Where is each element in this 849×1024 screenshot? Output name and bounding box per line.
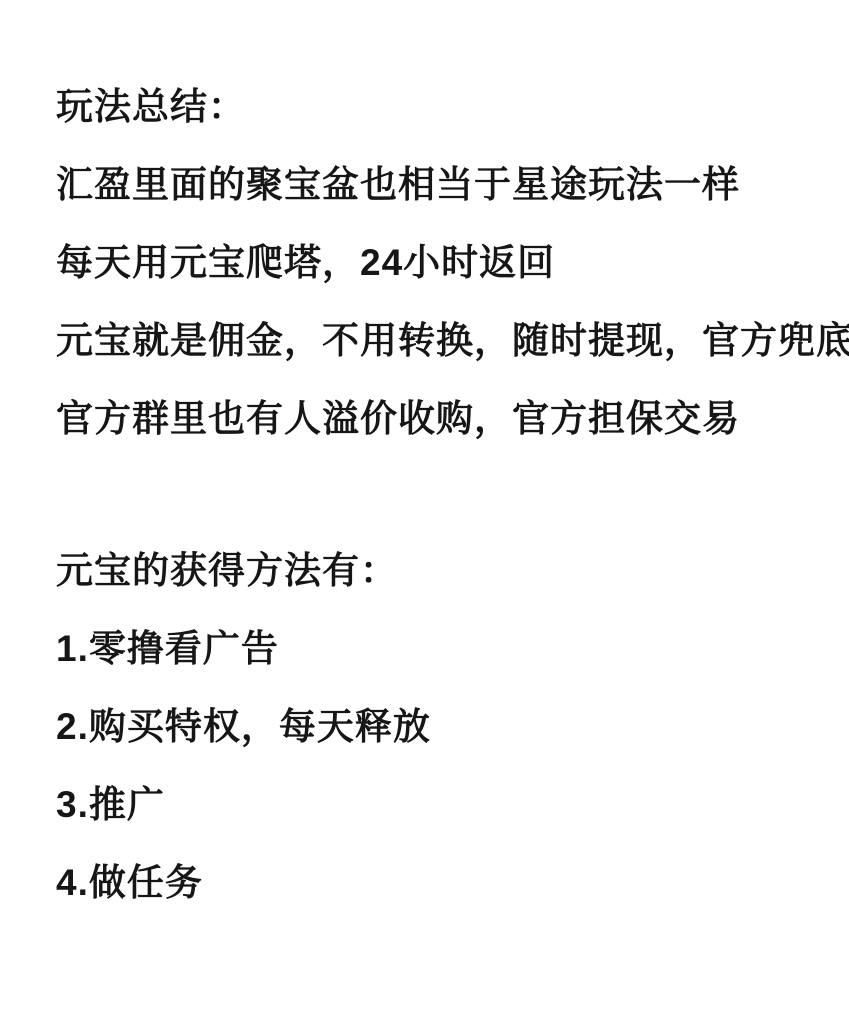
method-item-2: 2.购买特权，每天释放 xyxy=(56,708,809,745)
summary-heading: 玩法总结： xyxy=(56,88,809,125)
summary-line-4: 官方群里也有人溢价收购，官方担保交易 xyxy=(56,400,809,437)
notes-document: 玩法总结： 汇盈里面的聚宝盆也相当于星途玩法一样 每天用元宝爬塔，24小时返回 … xyxy=(0,0,849,1024)
method-item-4: 4.做任务 xyxy=(56,864,809,901)
summary-line-3: 元宝就是佣金，不用转换，随时提现，官方兜底 xyxy=(56,322,809,359)
summary-line-2: 每天用元宝爬塔，24小时返回 xyxy=(56,244,809,281)
methods-heading: 元宝的获得方法有： xyxy=(56,552,809,589)
summary-line-1: 汇盈里面的聚宝盆也相当于星途玩法一样 xyxy=(56,166,809,203)
method-item-1: 1.零撸看广告 xyxy=(56,630,809,667)
method-item-3: 3.推广 xyxy=(56,786,809,823)
